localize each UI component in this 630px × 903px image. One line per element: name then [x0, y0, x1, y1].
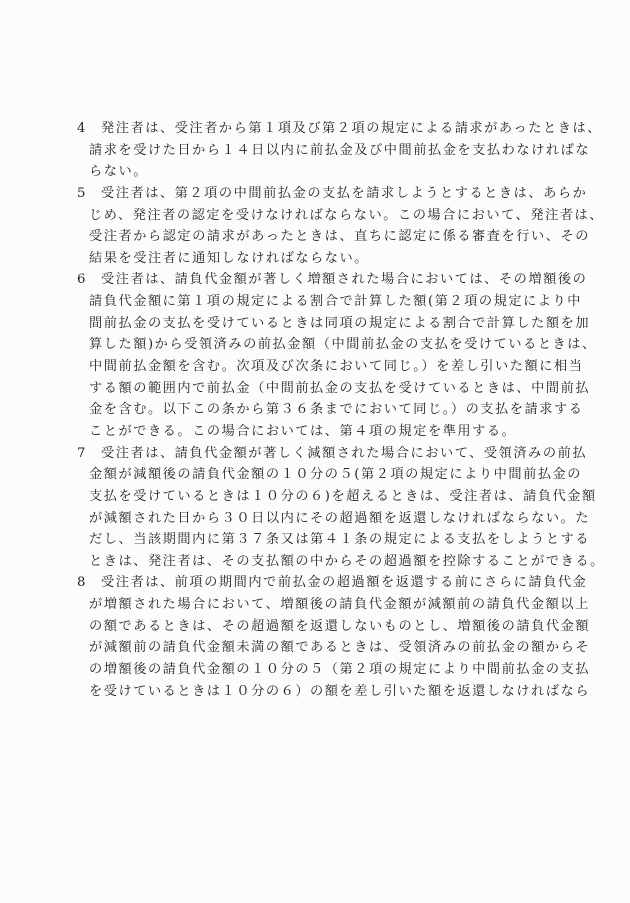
- paragraph-line: 受注者から認定の請求があったときは、直ちに認定に係る審査を行い、その: [77, 226, 597, 248]
- paragraph-line: 受注者は、請負代金額が著しく増額された場合においては、その増額後の: [101, 272, 587, 287]
- paragraph-line: の額であるときは、その超過額を返還しないものとし、増額後の請負代金額: [77, 616, 597, 638]
- paragraph-number: 6: [77, 269, 101, 291]
- paragraph-line: の増額後の請負代金額の１０分の５（第２項の規定により中間前払金の支払: [77, 659, 597, 681]
- paragraph-line: 請負代金額に第１項の規定による割合で計算した額(第２項の規定により中: [77, 291, 597, 313]
- paragraph-line: 受注者は、前項の期間内で前払金の超過額を返還する前にさらに請負代金: [101, 575, 587, 590]
- paragraph-line: 受注者は、第２項の中間前払金の支払を請求しようとするときは、あらか: [101, 186, 587, 201]
- paragraph-line: じめ、発注者の認定を受けなければならない。この場合において、発注者は、: [77, 205, 597, 227]
- paragraph-number: 7: [77, 443, 101, 465]
- paragraph-line: 結果を受注者に通知しなければならない。: [77, 248, 597, 270]
- paragraph-7: 7受注者は、請負代金額が著しく減額された場合において、受領済みの前払 金額が減額…: [77, 443, 597, 573]
- paragraph-5: 5受注者は、第２項の中間前払金の支払を請求しようとするときは、あらか じめ、発注…: [77, 183, 597, 270]
- paragraph-number: 8: [77, 572, 101, 594]
- paragraph-line: 請求を受けた日から１４日以内に前払金及び中間前払金を支払わなければな: [77, 140, 597, 162]
- paragraph-line: ときは、発注者は、その支払額の中からその超過額を控除することができる。: [77, 551, 597, 573]
- paragraph-line: が減額された日から３０日以内にその超過額を返還しなければならない。た: [77, 508, 597, 530]
- paragraph-line: 受注者は、請負代金額が著しく減額された場合において、受領済みの前払: [101, 446, 587, 461]
- document-body: 4発注者は、受注者から第１項及び第２項の規定による請求があったときは、 請求を受…: [77, 118, 597, 702]
- paragraph-line: 金額が減額後の請負代金額の１０分の５(第２項の規定により中間前払金の: [77, 464, 597, 486]
- paragraph-line: だし、当該期間内に第３７条又は第４１条の規定による支払をしようとする: [77, 529, 597, 551]
- document-page: 4発注者は、受注者から第１項及び第２項の規定による請求があったときは、 請求を受…: [0, 0, 630, 903]
- paragraph-line: が減額前の請負代金額未満の額であるときは、受領済みの前払金の額からそ: [77, 637, 597, 659]
- paragraph-line: が増額された場合において、増額後の請負代金額が減額前の請負代金額以上: [77, 594, 597, 616]
- paragraph-4: 4発注者は、受注者から第１項及び第２項の規定による請求があったときは、 請求を受…: [77, 118, 597, 183]
- paragraph-line: らない。: [77, 161, 597, 183]
- paragraph-line: する額の範囲内で前払金（中間前払金の支払を受けているときは、中間前払: [77, 378, 597, 400]
- paragraph-line: 支払を受けているときは１０分の６)を超えるときは、受注者は、請負代金額: [77, 486, 597, 508]
- paragraph-line: 発注者は、受注者から第１項及び第２項の規定による請求があったときは、: [101, 121, 602, 136]
- paragraph-8: 8受注者は、前項の期間内で前払金の超過額を返還する前にさらに請負代金 が増額され…: [77, 572, 597, 702]
- paragraph-line: 間前払金の支払を受けているときは同項の規定による割合で計算した額を加: [77, 313, 597, 335]
- paragraph-line: 金を含む。以下この条から第３６条までにおいて同じ。）の支払を請求する: [77, 399, 597, 421]
- paragraph-line: を受けているときは１０分の６）の額を差し引いた額を返還しなければなら: [77, 681, 597, 703]
- paragraph-line: 中間前払金額を含む。次項及び次条において同じ。）を差し引いた額に相当: [77, 356, 597, 378]
- paragraph-line: 算した額)から受領済みの前払金額（中間前払金の支払を受けているときは、: [77, 334, 597, 356]
- paragraph-6: 6受注者は、請負代金額が著しく増額された場合においては、その増額後の 請負代金額…: [77, 269, 597, 442]
- paragraph-number: 4: [77, 118, 101, 140]
- paragraph-number: 5: [77, 183, 101, 205]
- paragraph-line: ことができる。この場合においては、第４項の規定を準用する。: [77, 421, 597, 443]
